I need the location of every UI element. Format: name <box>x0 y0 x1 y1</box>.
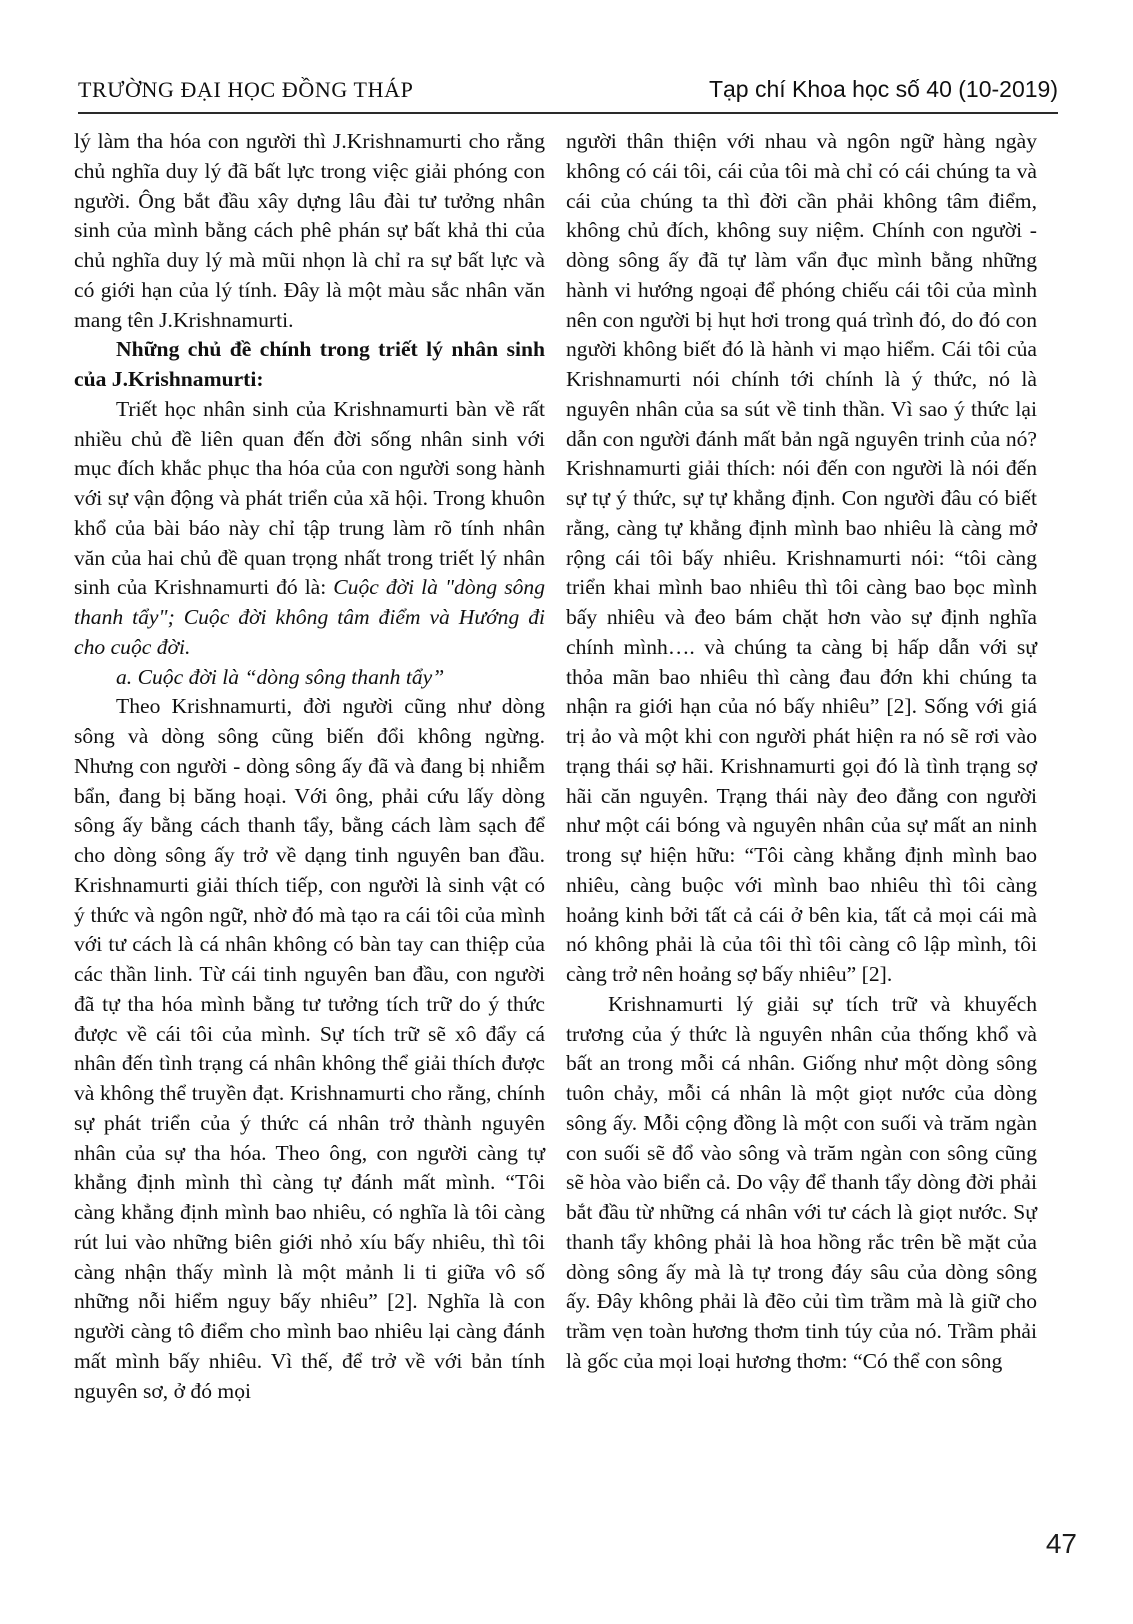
paragraph: lý làm tha hóa con người thì J.Krishnamu… <box>74 127 545 335</box>
journal-page: TRƯỜNG ĐẠI HỌC ĐỒNG THÁP Tạp chí Khoa họ… <box>0 0 1133 1624</box>
text-run: Krishnamurti lý giải sự tích trữ và khuy… <box>566 992 1037 1373</box>
journal-issue: Tạp chí Khoa học số 40 (10-2019) <box>709 76 1058 103</box>
paragraph: Theo Krishnamurti, đời người cũng như dò… <box>74 692 545 1406</box>
text-run: Theo Krishnamurti, đời người cũng như dò… <box>74 694 545 1402</box>
left-column: lý làm tha hóa con người thì J.Krishnamu… <box>74 127 545 1406</box>
paragraph: Krishnamurti lý giải sự tích trữ và khuy… <box>566 990 1037 1377</box>
section-heading: Những chủ đề chính trong triết lý nhân s… <box>74 335 545 395</box>
paragraph: người thân thiện với nhau và ngôn ngữ hà… <box>566 127 1037 990</box>
page-number: 47 <box>1046 1528 1077 1560</box>
text-run: Những chủ đề chính trong triết lý nhân s… <box>74 337 545 391</box>
text-run: a. Cuộc đời là “dòng sông thanh tẩy” <box>116 665 444 689</box>
text-run: người thân thiện với nhau và ngôn ngữ hà… <box>566 129 1037 986</box>
text-run: lý làm tha hóa con người thì J.Krishnamu… <box>74 129 545 332</box>
right-column: người thân thiện với nhau và ngôn ngữ hà… <box>566 127 1037 1406</box>
paragraph: Triết học nhân sinh của Krishnamurti bàn… <box>74 395 545 663</box>
page-header: TRƯỜNG ĐẠI HỌC ĐỒNG THÁP Tạp chí Khoa họ… <box>78 76 1058 114</box>
text-run: Triết học nhân sinh của Krishnamurti bàn… <box>74 397 545 600</box>
subsection-heading: a. Cuộc đời là “dòng sông thanh tẩy” <box>74 663 545 693</box>
article-body: lý làm tha hóa con người thì J.Krishnamu… <box>74 127 1037 1406</box>
university-name: TRƯỜNG ĐẠI HỌC ĐỒNG THÁP <box>78 77 413 103</box>
